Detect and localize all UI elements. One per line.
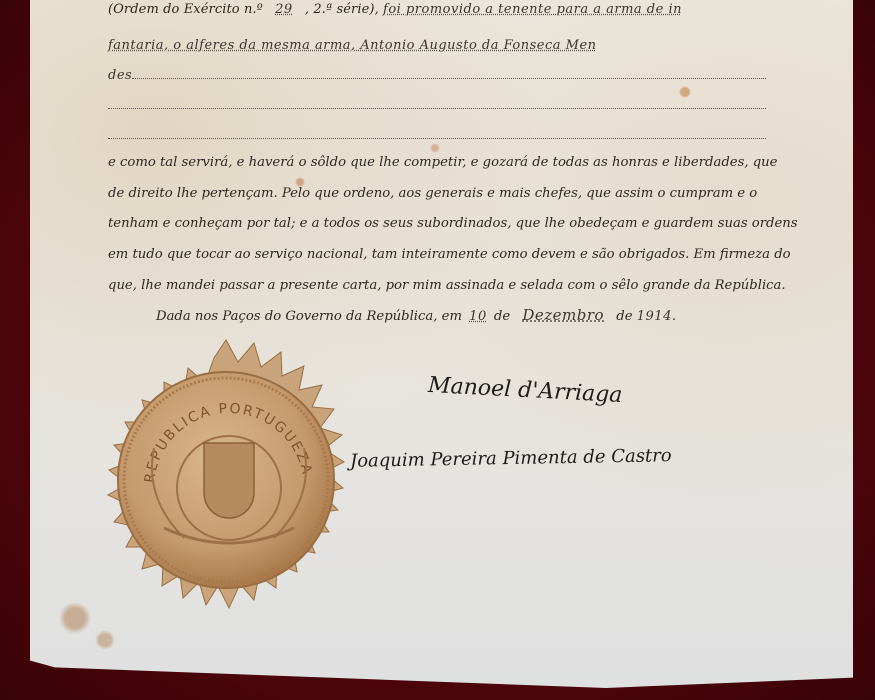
date-day: 10	[466, 309, 490, 324]
dotted-rule-3	[108, 138, 766, 139]
order-number: 29	[267, 2, 301, 17]
dotted-rule-1	[132, 78, 766, 79]
handwritten-line-3-wrap: des	[108, 68, 132, 83]
handwritten-line-2-wrap: fantaria, o alferes da mesma arma, Anton…	[108, 38, 597, 53]
date-line: Dada nos Paços do Governo da República, …	[156, 306, 676, 324]
body-line-2: de direito lhe pertençam. Pelo que orden…	[108, 179, 768, 210]
date-year: 1914.	[637, 309, 677, 324]
header-line: (Ordem do Exército n.º 29 , 2.ª série), …	[108, 2, 682, 17]
body-line-3: tenham e conheçam por tal; e a todos os …	[108, 209, 768, 240]
header-printed-prefix: (Ordem do Exército n.º	[108, 2, 263, 17]
handwritten-line-1: foi promovido a tenente para a arma de i…	[383, 2, 682, 17]
republic-seal-icon: REPUBLICA PORTUGUEZA	[84, 338, 369, 623]
body-line-5: que, lhe mandei passar a presente carta,…	[108, 271, 768, 302]
body-line-4: em tudo que tocar ao serviço nacional, t…	[108, 240, 768, 271]
body-paragraph: e como tal servirá, e haverá o sôldo que…	[108, 148, 768, 302]
header-printed-series: , 2.ª série),	[305, 2, 379, 17]
date-de-2: de	[616, 309, 632, 324]
dotted-rule-2	[108, 108, 766, 109]
date-de-1: de	[494, 309, 510, 324]
date-printed-prefix: Dada nos Paços do Governo da República, …	[156, 309, 462, 324]
date-month: Dezembro	[514, 306, 612, 324]
handwritten-line-3: des	[108, 68, 132, 83]
body-line-1: e como tal servirá, e haverá o sôldo que…	[108, 148, 768, 179]
handwritten-line-2: fantaria, o alferes da mesma arma, Anton…	[108, 38, 597, 53]
